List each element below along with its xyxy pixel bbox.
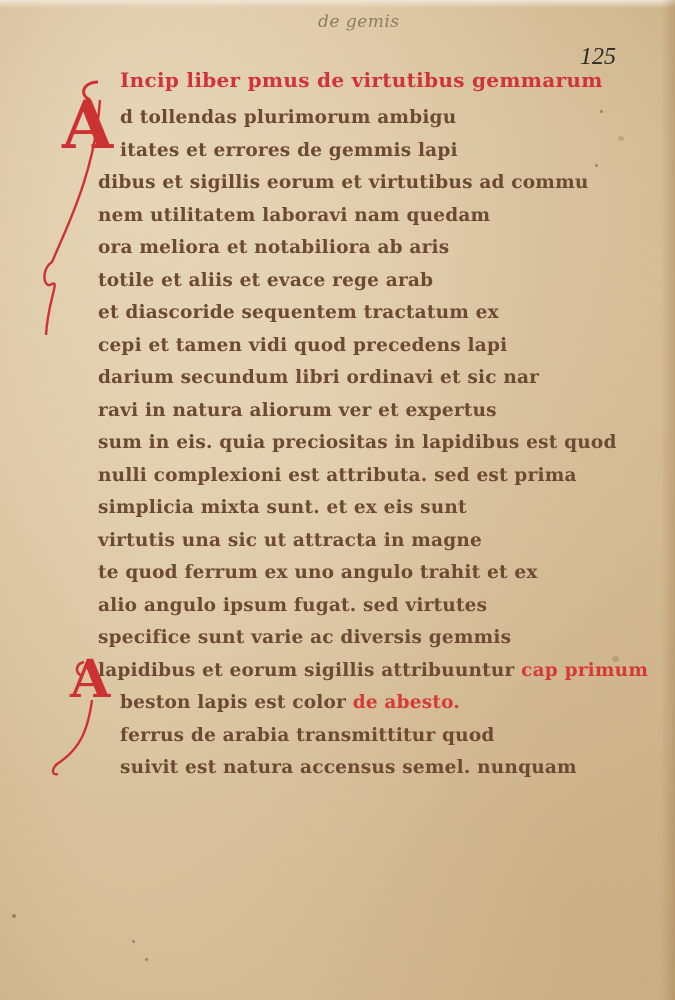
text-line: totile et aliis et evace rege arab: [98, 265, 498, 298]
chapter-title-rubric: de abesto.: [353, 692, 460, 713]
text-line: nulli complexioni est attributa. sed est…: [98, 460, 498, 493]
parchment-stain: [618, 136, 624, 141]
text-line: lapidibus et eorum sigillis attribuuntur…: [98, 655, 498, 688]
folio-number: 125: [580, 44, 616, 71]
parchment-speck: [132, 940, 135, 943]
parchment-stain: [612, 656, 619, 662]
text-line: ora meliora et notabiliora ab aris: [98, 232, 498, 265]
text-line: beston lapis est color de abesto.: [98, 687, 498, 720]
parchment-speck: [595, 164, 598, 167]
text-line: suivit est natura accensus semel. nunqua…: [98, 752, 498, 785]
text-line: d tollendas plurimorum ambigu: [98, 102, 498, 135]
text-line: specifice sunt varie ac diversis gemmis: [98, 622, 498, 655]
running-head: de gemis: [318, 12, 400, 32]
manuscript-page: de gemis 125 Incip liber pmus de virtuti…: [0, 0, 675, 1000]
parchment-speck: [145, 958, 148, 961]
text-line: cepi et tamen vidi quod precedens lapi: [98, 330, 498, 363]
chapter-rubric: cap primum: [521, 660, 648, 681]
rubric-heading: Incip liber pmus de virtutibus gemmarum: [120, 68, 603, 92]
text-line: nem utilitatem laboravi nam quedam: [98, 200, 498, 233]
text-line: te quod ferrum ex uno angulo trahit et e…: [98, 557, 498, 590]
text-line: sum in eis. quia preciositas in lapidibu…: [98, 427, 498, 460]
text-line: dibus et sigillis eorum et virtutibus ad…: [98, 167, 498, 200]
text-line: ravi in natura aliorum ver et expertus: [98, 395, 498, 428]
text-line: alio angulo ipsum fugat. sed virtutes: [98, 590, 498, 623]
text-line: et diascoride sequentem tractatum ex: [98, 297, 498, 330]
text-line: virtutis una sic ut attracta in magne: [98, 525, 498, 558]
text-line: darium secundum libri ordinavi et sic na…: [98, 362, 498, 395]
text-line: itates et errores de gemmis lapi: [98, 135, 498, 168]
text-line: ferrus de arabia transmittitur quod: [98, 720, 498, 753]
main-text-block: d tollendas plurimorum ambigu itates et …: [98, 102, 498, 785]
parchment-speck: [600, 110, 603, 113]
parchment-speck: [12, 914, 16, 918]
text-line: simplicia mixta sunt. et ex eis sunt: [98, 492, 498, 525]
